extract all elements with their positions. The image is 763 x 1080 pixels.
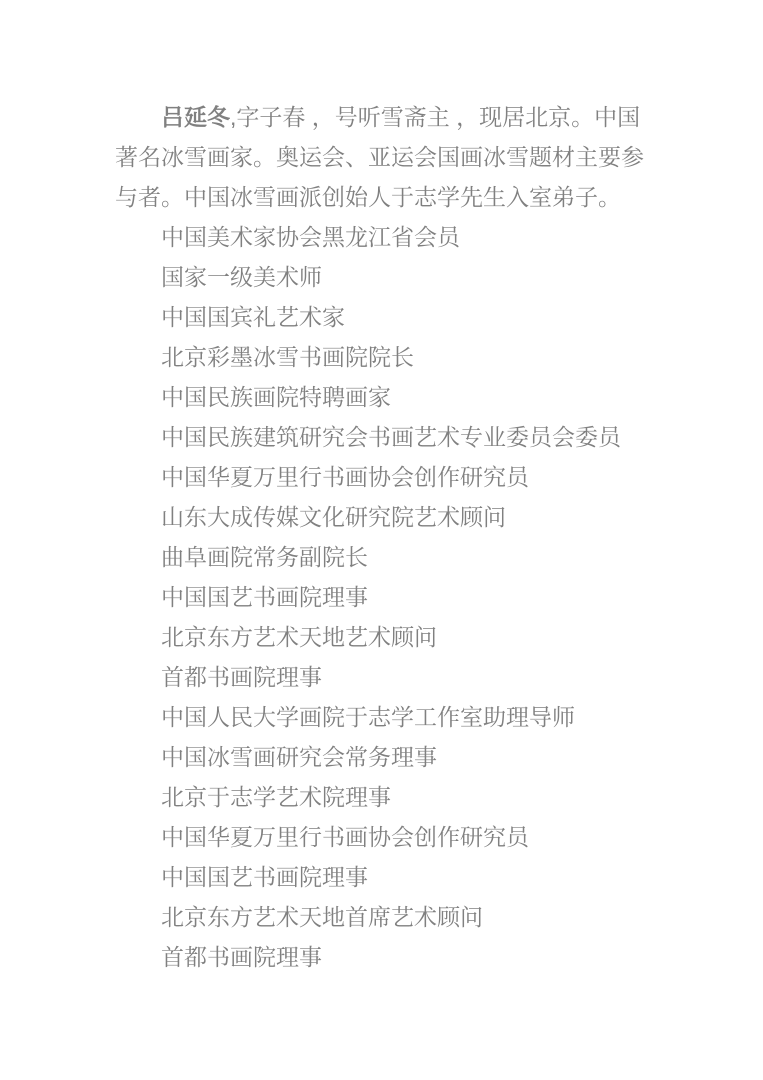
title-line: 中国民族建筑研究会书画艺术专业委员会委员 <box>115 417 648 457</box>
artist-name: 吕延冬 <box>161 104 230 130</box>
title-line: 中国美术家协会黑龙江省会员 <box>115 217 648 257</box>
title-line: 中国民族画院特聘画家 <box>115 377 648 417</box>
title-line: 北京于志学艺术院理事 <box>115 777 648 817</box>
title-line: 中国国艺书画院理事 <box>115 857 648 897</box>
document-page: 吕延冬,字子春 ，号听雪斋主 ，现居北京。中国著名冰雪画家。奥运会、亚运会国画冰… <box>0 0 763 1080</box>
title-line: 中国华夏万里行书画协会创作研究员 <box>115 817 648 857</box>
title-line: 国家一级美术师 <box>115 257 648 297</box>
title-line: 首都书画院理事 <box>115 937 648 977</box>
title-line: 中国人民大学画院于志学工作室助理导师 <box>115 697 648 737</box>
title-line: 中国国宾礼艺术家 <box>115 297 648 337</box>
title-line: 中国冰雪画研究会常务理事 <box>115 737 648 777</box>
title-line: 中国国艺书画院理事 <box>115 577 648 617</box>
title-line: 北京彩墨冰雪书画院院长 <box>115 337 648 377</box>
title-line: 曲阜画院常务副院长 <box>115 537 648 577</box>
title-line: 中国华夏万里行书画协会创作研究员 <box>115 457 648 497</box>
title-line: 北京东方艺术天地首席艺术顾问 <box>115 897 648 937</box>
title-line: 山东大成传媒文化研究院艺术顾问 <box>115 497 648 537</box>
title-line: 北京东方艺术天地艺术顾问 <box>115 617 648 657</box>
intro-paragraph: 吕延冬,字子春 ，号听雪斋主 ，现居北京。中国著名冰雪画家。奥运会、亚运会国画冰… <box>115 97 648 217</box>
title-line: 首都书画院理事 <box>115 657 648 697</box>
